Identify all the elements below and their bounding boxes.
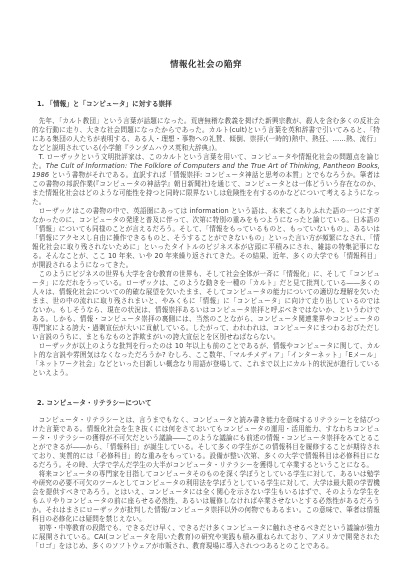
document-page: 情報化社会の陥穽 1. 「情報」と「コンピュータ」に対する崇拝 先年、「カルト教… (0, 0, 410, 580)
page-title: 情報化社会の陥穽 (32, 60, 380, 70)
section-computer-literacy: 2. コンピュータ・リテラシーについて コンピュータ・リテラシーとは、言うまでも… (32, 399, 380, 551)
section-information-computer-worship: 1. 「情報」と「コンピュータ」に対する崇拝 先年、「カルト教団」という言葉が話… (32, 100, 380, 378)
paragraph: 初等・中等教育の段階でも、できるだけ早く、できるだけ多くコンピュータに触れさせる… (32, 524, 380, 551)
paragraph: T. ローザックという文明批評家は、このカルトという言葉を用いて、コンピュータや… (32, 153, 380, 207)
paragraph: このようにビジネスの世界も大学を含む教育の世界も、そして社会全体が一斉に「情報化… (32, 270, 380, 342)
paragraph: コンピュータ・リテラシーとは、言うまでもなく、コンピュータと読み書き能力を意味す… (32, 416, 380, 470)
section-2-heading: 2. コンピュータ・リテラシーについて (37, 399, 380, 408)
section-1-heading: 1. 「情報」と「コンピュータ」に対する崇拝 (37, 100, 380, 109)
paragraph: ローザックはこの書物の中で、英語圏にあっては information という語は… (32, 207, 380, 270)
paragraph: 先年、「カルト教団」という言葉が話題になった。荒唐無稽な教義を掲げた新興宗教が、… (32, 117, 380, 153)
paragraph: ローザックが以上のような批判を行ったのは 10 年以上も前のことであるが、情報や… (32, 342, 380, 378)
paragraph-text: という書物がそれである。直訳すれば「情報崇拝: コンピュータ神話と思考の本質」と… (32, 171, 380, 206)
paragraph: 将来コンピュータの専門家を目指してコンピュータそのものを深く学ぼうとしている学生… (32, 470, 380, 524)
